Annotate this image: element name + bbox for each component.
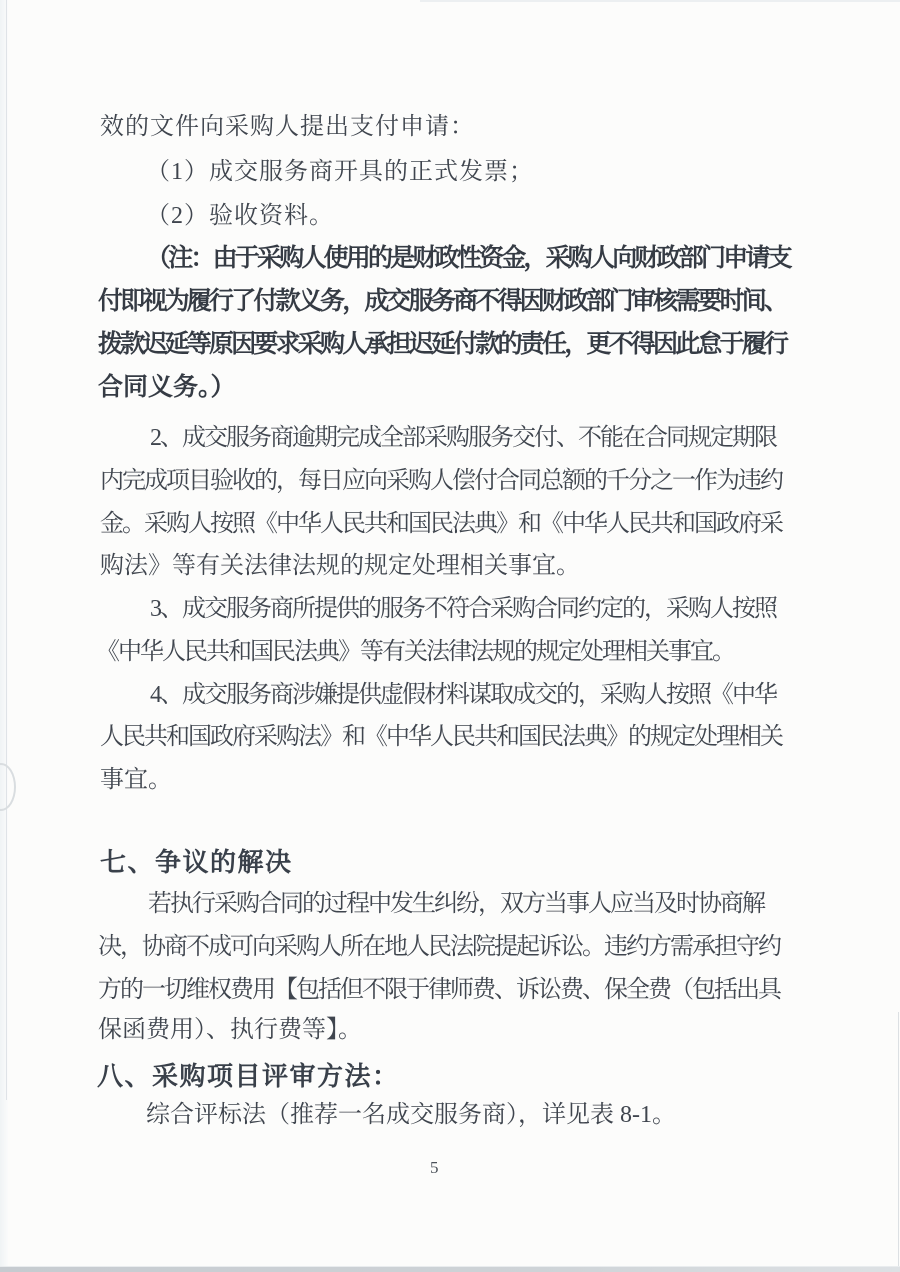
page-number: 5 — [430, 1158, 439, 1178]
doc-line: 效的文件向采购人提出支付申请： — [100, 112, 475, 142]
doc-line: 若执行采购合同的过程中发生纠纷，双方当事人应当及时协商解 — [148, 889, 764, 919]
doc-line: 综合评标法（推荐一名成交服务商），详见表 8-1。 — [146, 1100, 676, 1130]
doc-line: 内完成项目验收的，每日应向采购人偿付合同总额的千分之一作为违约 — [100, 466, 782, 496]
doc-line: 决，协商不成可向采购人所在地人民法院提起诉讼。违约方需承担守约 — [98, 932, 780, 962]
doc-line: 人民共和国政府采购法》和《中华人民共和国民法典》的规定处理相关 — [100, 722, 782, 752]
doc-note-line: 拨款迟延等原因要求采购人承担迟延付款的责任，更不得因此怠于履行 — [98, 330, 786, 360]
doc-line: 2、成交服务商逾期完成全部采购服务交付、不能在合同规定期限 — [150, 423, 776, 453]
doc-line: 3、成交服务商所提供的服务不符合采购合同约定的，采购人按照 — [150, 594, 776, 624]
doc-note-line: 合同义务。） — [98, 373, 236, 403]
scan-edge-right-line — [898, 1012, 899, 1272]
scan-edge-left-line — [6, 0, 7, 1100]
doc-line: 事宜。 — [100, 765, 172, 795]
doc-line: （1）成交服务商开具的正式发票； — [146, 157, 534, 187]
doc-note-line: （注：由于采购人使用的是财政性资金，采购人向财政部门申请支 — [146, 244, 790, 274]
doc-line: 《中华人民共和国民法典》等有关法律法规的规定处理相关事宜。 — [96, 637, 734, 667]
doc-line: （2）验收资料。 — [146, 201, 334, 231]
doc-line: 保函费用）、执行费等】。 — [98, 1015, 362, 1045]
doc-line: 4、成交服务商涉嫌提供虚假材料谋取成交的，采购人按照《中华 — [150, 680, 776, 710]
scan-arc-artifact — [0, 763, 16, 811]
doc-line: 购法》等有关法律法规的规定处理相关事宜。 — [100, 551, 580, 581]
scan-edge-top-line — [420, 0, 900, 2]
doc-line: 金。采购人按照《中华人民共和国民法典》和《中华人民共和国政府采 — [100, 509, 782, 539]
document-page: 效的文件向采购人提出支付申请： （1）成交服务商开具的正式发票； （2）验收资料… — [0, 0, 900, 1272]
scan-edge-bottom-band — [0, 1266, 900, 1272]
section-heading-8: 八、采购项目评审方法： — [97, 1056, 400, 1093]
section-heading-7: 七、争议的解决 — [100, 842, 293, 879]
doc-line: 方的一切维权费用【包括但不限于律师费、诉讼费、保全费（包括出具 — [98, 975, 780, 1005]
doc-note-line: 付即视为履行了付款义务，成交服务商不得因财政部门审核需要时间、 — [98, 287, 786, 317]
